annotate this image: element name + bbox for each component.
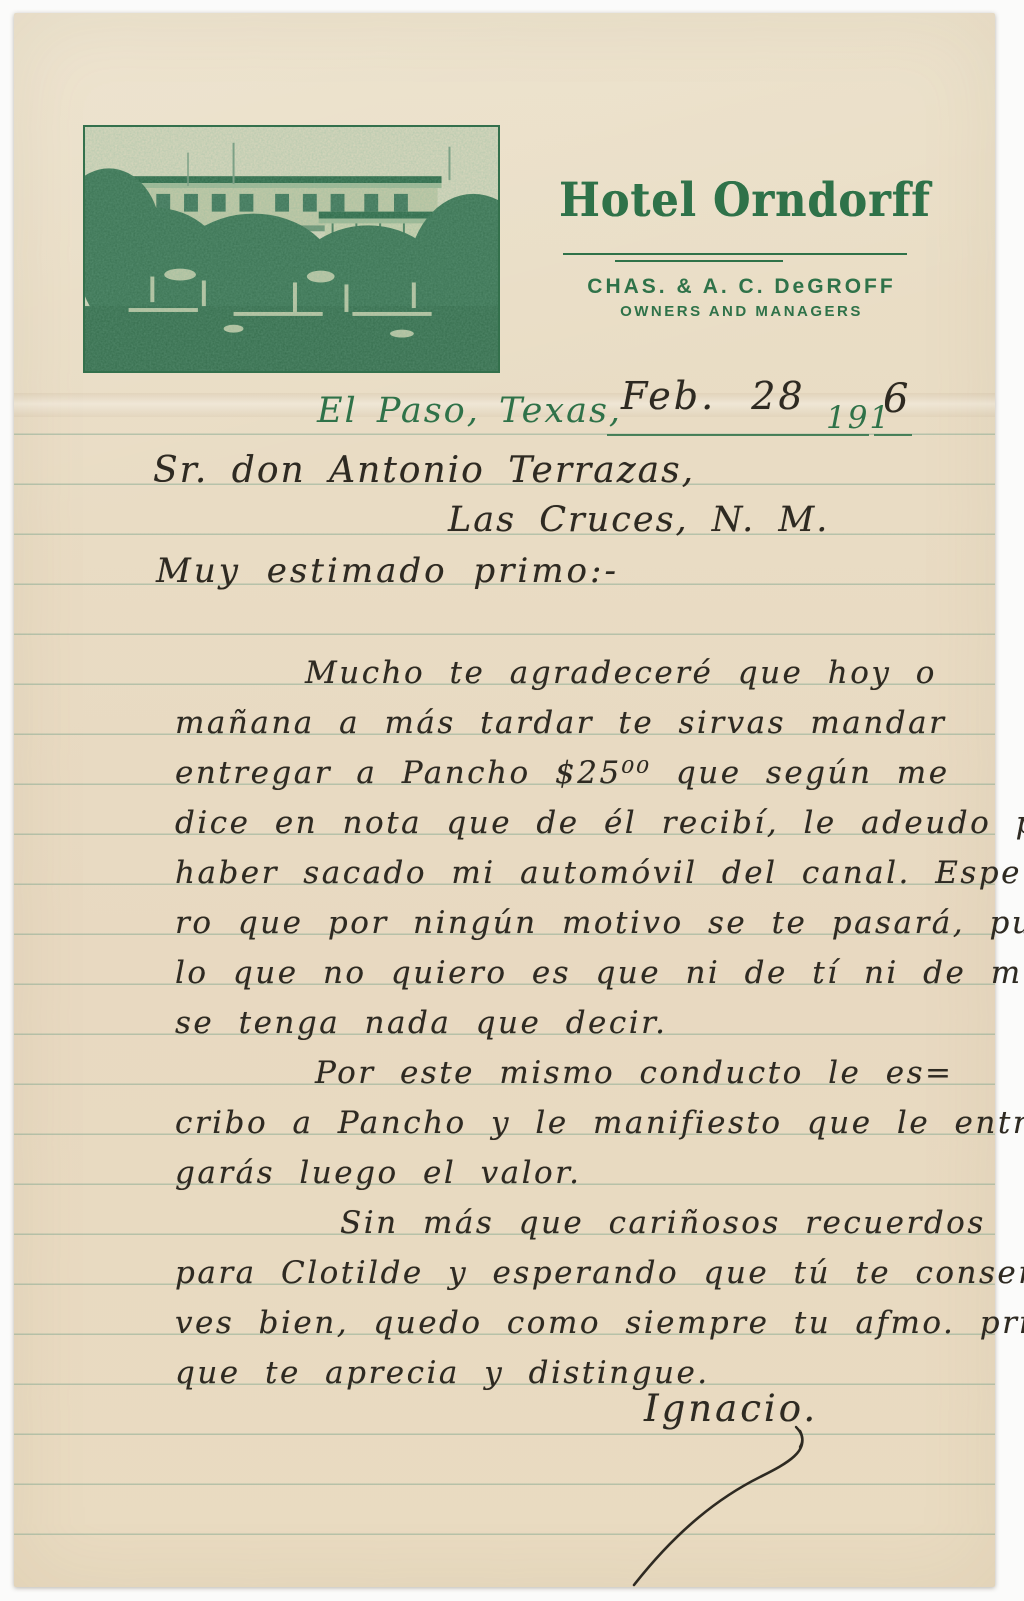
hotel-name: Hotel Orndorff <box>559 174 924 228</box>
year-digit-rule <box>874 434 912 436</box>
owners-names: CHAS. & A. C. DeGROFF <box>559 275 924 299</box>
signature-flourish <box>604 1413 834 1591</box>
letter-body: Mucho te agradeceré que hoy omañana a má… <box>175 648 987 1398</box>
handwriting-line: Mucho te agradeceré que hoy o <box>175 648 987 698</box>
printed-year-prefix: 191 <box>826 400 891 436</box>
handwriting-line: se tenga nada que decir. <box>175 998 987 1048</box>
recipient-line: Sr. don Antonio Terrazas, <box>153 450 695 491</box>
handwriting-line: entregar a Pancho $25⁰⁰ que según me <box>175 748 987 798</box>
handwriting-line: para Clotilde y esperando que tú te cons… <box>175 1248 987 1298</box>
handwriting-line: ro que por ningún motivo se te pasará, p… <box>175 898 987 948</box>
handwriting-line: lo que no quiero es que ni de tí ni de m… <box>175 948 987 998</box>
handwriting-line: garás luego el valor. <box>175 1148 987 1198</box>
handwritten-date: Feb. 28 <box>621 374 806 418</box>
handwriting-line: mañana a más tardar te sirvas mandar <box>175 698 987 748</box>
handwritten-year-digit: 6 <box>883 376 908 422</box>
handwriting-line: dice en nota que de él recibí, le adeudo… <box>175 798 987 848</box>
hotel-photo <box>83 125 500 373</box>
owners-title: OWNERS AND MANAGERS <box>559 303 924 320</box>
scan-background: { "colors": { "green": "#2f7249", "ink":… <box>0 0 1024 1601</box>
salutation-line: Muy estimado primo:- <box>156 551 619 591</box>
letterhead-rule-short <box>615 260 783 262</box>
signature: Ignacio. <box>644 1387 818 1430</box>
hotel-photo-engraving <box>85 127 498 371</box>
letter-paper: Hotel Orndorff CHAS. & A. C. DeGROFF OWN… <box>14 13 995 1587</box>
printed-place-line: El Paso, Texas, <box>317 391 622 431</box>
handwriting-line: ves bien, quedo como siempre tu afmo. pr… <box>175 1298 987 1348</box>
recipient-city-line: Las Cruces, N. M. <box>448 500 829 540</box>
handwriting-line: Sin más que cariñosos recuerdos <box>175 1198 987 1248</box>
handwriting-line: haber sacado mi automóvil del canal. Esp… <box>175 848 987 898</box>
handwriting-line: cribo a Pancho y le manifiesto que le en… <box>175 1098 987 1148</box>
handwriting-line: que te aprecia y distingue. <box>175 1348 987 1398</box>
letterhead-rule-long <box>563 253 907 255</box>
handwriting-line: Por este mismo conducto le es= <box>175 1048 987 1098</box>
